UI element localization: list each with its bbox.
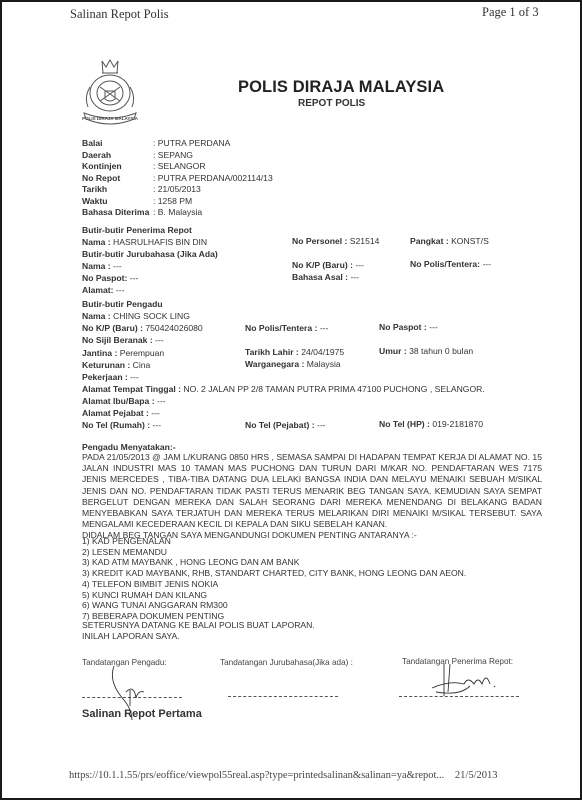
complainant-home-address: Alamat Tempat Tinggal : NO. 2 JALAN PP 2… xyxy=(82,384,485,394)
org-title: POLIS DIRAJA MALAYSIA xyxy=(238,78,444,97)
complainant-name: Nama : CHING SOCK LING xyxy=(82,311,190,321)
list-item: 1) KAD PENGENALAN xyxy=(82,536,466,547)
complainant-tel-hp: No Tel (HP) : 019-2181870 xyxy=(379,419,483,429)
complainant-office-address: Alamat Pejabat : --- xyxy=(82,408,160,418)
info-row-kontinjen: Kontinjen: SELANGOR xyxy=(82,161,273,173)
list-item: 4) TELEFON BIMBIT JENIS NOKIA xyxy=(82,579,466,590)
items-list: 1) KAD PENGENALAN 2) LESEN MEMANDU 3) KA… xyxy=(82,536,466,622)
list-item: 5) KUNCI RUMAH DAN KILANG xyxy=(82,590,466,601)
complainant-race: Keturunan : Cina xyxy=(82,360,150,370)
svg-text:POLIS DIRAJA MALAYSIA: POLIS DIRAJA MALAYSIA xyxy=(82,116,138,121)
interpreter-ic: No K/P (Baru) : --- xyxy=(292,260,364,270)
complainant-gender: Jantina : Perempuan xyxy=(82,348,164,358)
report-info: Balai: PUTRA PERDANA Daerah: SEPANG Kont… xyxy=(82,138,273,219)
statement-closing: SETERUSNYA DATANG KE BALAI POLIS BUAT LA… xyxy=(82,620,315,642)
interpreter-passport: No Paspot: --- xyxy=(82,273,138,283)
report-subtitle: REPOT POLIS xyxy=(298,98,365,109)
list-item: 6) WANG TUNAI ANGGARAN RM300 xyxy=(82,600,466,611)
receiver-signature-icon xyxy=(430,662,500,698)
interpreter-police-no: No Polis/Tentera: --- xyxy=(410,259,491,269)
complainant-birth-cert: No Sijil Beranak : --- xyxy=(82,335,164,345)
signature-label-interpreter: Tandatangan Jurubahasa(Jika ada) : xyxy=(220,658,353,667)
complainant-passport: No Paspot : --- xyxy=(379,322,438,332)
list-item: 3) KREDIT KAD MAYBANK, RHB, STANDART CHA… xyxy=(82,568,466,579)
complainant-ic: No K/P (Baru) : 750424026080 xyxy=(82,323,203,333)
list-item: 2) LESEN MEMANDU xyxy=(82,547,466,558)
complainant-tel-home: No Tel (Rumah) : --- xyxy=(82,420,161,430)
receiver-personnel: No Personel : S21514 xyxy=(292,236,379,246)
interpreter-origin-language: Bahasa Asal : --- xyxy=(292,272,359,282)
receiver-rank: Pangkat : KONST/S xyxy=(410,236,489,246)
info-row-bahasa: Bahasa Diterima: B. Malaysia xyxy=(82,207,273,219)
receiver-name: Nama : HASRULHAFIS BIN DIN xyxy=(82,237,207,247)
complainant-parent-address: Alamat Ibu/Bapa : --- xyxy=(82,396,166,406)
statement-heading: Pengadu Menyatakan:- xyxy=(82,442,176,452)
complainant-age: Umur : 38 tahun 0 bulan xyxy=(379,346,473,356)
print-header-title: Salinan Repot Polis xyxy=(70,7,169,22)
print-footer-url: https://10.1.1.55/prs/eoffice/viewpol55r… xyxy=(69,770,444,781)
signature-line-interpreter xyxy=(228,696,338,697)
interpreter-section-title: Butir-butir Jurubahasa (Jika Ada) xyxy=(82,249,218,259)
info-row-tarikh: Tarikh: 21/05/2013 xyxy=(82,184,273,196)
statement-paragraph: PADA 21/05/2013 @ JAM L/KURANG 0850 HRS … xyxy=(82,452,542,542)
info-row-balai: Balai: PUTRA PERDANA xyxy=(82,138,273,150)
print-header-page: Page 1 of 3 xyxy=(482,5,539,20)
document-page: Salinan Repot Polis Page 1 of 3 POLIS DI… xyxy=(0,0,582,800)
list-item: 3) KAD ATM MAYBANK , HONG LEONG DAN AM B… xyxy=(82,557,466,568)
complainant-occupation: Pekerjaan : --- xyxy=(82,372,139,382)
info-row-waktu: Waktu: 1258 PM xyxy=(82,196,273,208)
complainant-police-no: No Polis/Tentera : --- xyxy=(245,323,328,333)
complainant-dob: Tarikh Lahir : 24/04/1975 xyxy=(245,347,344,357)
interpreter-address: Alamat: --- xyxy=(82,285,125,295)
info-row-no-repot: No Repot: PUTRA PERDANA/002114/13 xyxy=(82,173,273,185)
complainant-tel-office: No Tel (Pejabat) : --- xyxy=(245,420,326,430)
interpreter-name: Nama : --- xyxy=(82,261,122,271)
copy-title: Salinan Repot Pertama xyxy=(82,708,202,720)
print-footer-date: 21/5/2013 xyxy=(455,770,498,781)
complainant-section-title: Butir-butir Pengadu xyxy=(82,299,163,309)
receiver-section-title: Butir-butir Penerima Repot xyxy=(82,225,192,235)
info-row-daerah: Daerah: SEPANG xyxy=(82,150,273,162)
print-footer: https://10.1.1.55/prs/eoffice/viewpol55r… xyxy=(69,770,498,781)
police-crest-icon: POLIS DIRAJA MALAYSIA xyxy=(80,57,140,127)
complainant-citizenship: Warganegara : Malaysia xyxy=(245,359,341,369)
